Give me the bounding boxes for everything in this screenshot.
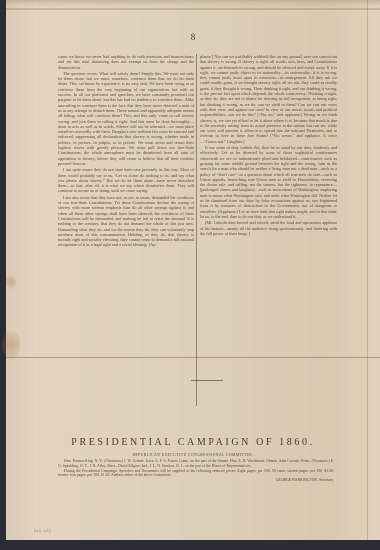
paper-stain [2, 330, 20, 360]
paragraph: plause.] Nor can we justifiably withhold… [200, 54, 337, 144]
notice-body: Hon. Preston King, N. Y., (Chairman;) J.… [58, 459, 334, 483]
document-page: 8 cause we know we never had anything to… [6, 0, 380, 540]
page-number: 8 [6, 32, 380, 42]
paragraph: cause we know we never had anything to d… [58, 54, 194, 70]
paragraph: [Mr. Lincoln then bowed and retired, ami… [200, 220, 337, 236]
notice-signature: GEORGE HARRINGTON, Secretary. [58, 478, 334, 483]
text-column-left: cause we know we never had anything to d… [58, 54, 194, 249]
paragraph: I am also aware that they have not, as y… [58, 195, 194, 248]
notice-members: Hon. Preston King, N. Y., (Chairman;) J.… [58, 459, 334, 469]
column-divider [196, 54, 197, 406]
paragraph: If our sense of duty forbids this, then … [200, 145, 337, 219]
paragraph: I am quite aware they do not state their… [58, 167, 194, 193]
section-end-rule [191, 380, 223, 381]
paper-crease [367, 0, 368, 540]
archive-stamp: E11.173 [34, 530, 51, 534]
notice-terms: During the Presidential Campaign, Speech… [58, 469, 334, 479]
paper-stain [6, 275, 16, 289]
notice-committee: REPUBLICAN EXECUTIVE CONGRESSIONAL COMMI… [6, 453, 380, 457]
fold-line [6, 357, 380, 358]
text-column-right: plause.] Nor can we justifiably withhold… [200, 54, 337, 237]
paragraph: The question recurs, What will satisfy t… [58, 71, 194, 166]
notice-title: PRESIDENTIAL CAMPAIGN OF 1860. [6, 437, 380, 448]
